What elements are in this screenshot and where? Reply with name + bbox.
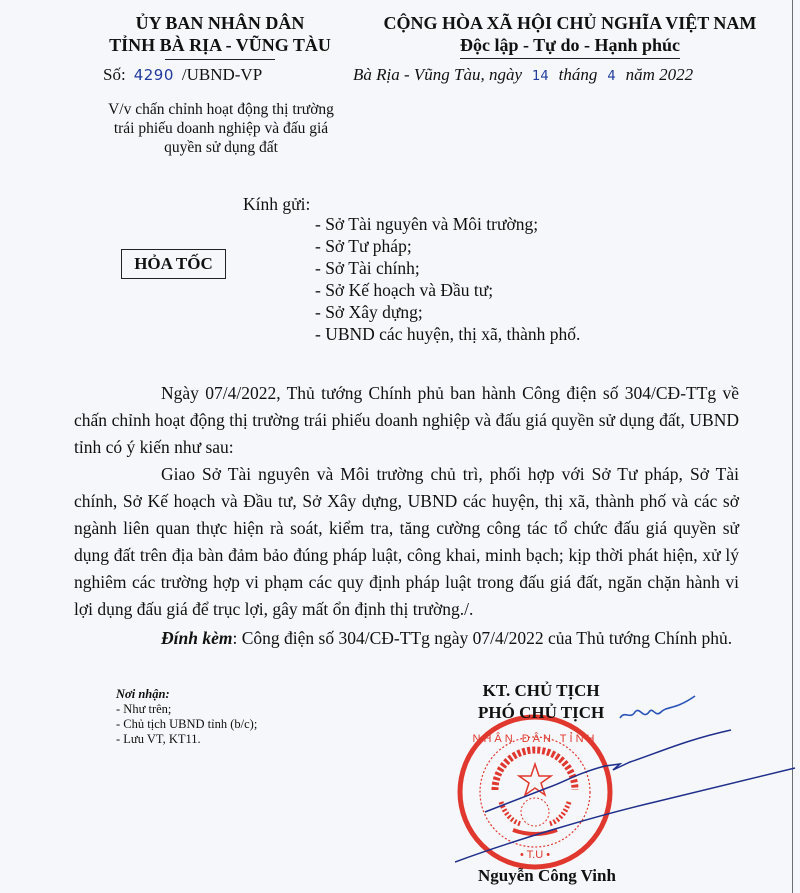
urgency-badge: HỎA TỐC	[121, 249, 226, 279]
recipient-item: - UBND các huyện, thị xã, thành phố.	[315, 323, 580, 345]
recipient-item: - Sở Tài nguyên và Môi trường;	[315, 213, 580, 235]
recipient-item: - Sở Tài chính;	[315, 257, 580, 279]
subject-line: quyền sử dụng đất	[96, 138, 346, 157]
national-motto: Độc lập - Tự do - Hạnh phúc	[460, 34, 680, 59]
date-month-label: tháng	[559, 65, 598, 84]
recipient-item: - Sở Tư pháp;	[315, 235, 580, 257]
doc-number-suffix: /UBND-VP	[182, 65, 262, 84]
date-year: năm 2022	[626, 65, 694, 84]
date-month-handwritten: 4	[607, 69, 615, 84]
distribution-item: - Lưu VT, KT11.	[116, 732, 257, 747]
distribution-item: - Chủ tịch UBND tỉnh (b/c);	[116, 717, 257, 732]
agency-underline	[165, 59, 275, 60]
subject: V/v chấn chỉnh hoạt động thị trường trái…	[96, 100, 346, 157]
attachment-note: Đính kèm: Công điện số 304/CĐ-TTg ngày 0…	[74, 625, 739, 652]
agency-line-1: ỦY BAN NHÂN DÂN	[100, 12, 340, 34]
nation-title: CỘNG HÒA XÃ HỘI CHỦ NGHĨA VIỆT NAM	[350, 12, 790, 34]
subject-line: V/v chấn chỉnh hoạt động thị trường	[96, 100, 346, 119]
attachment-text: : Công điện số 304/CĐ-TTg ngày 07/4/2022…	[232, 628, 732, 648]
agency-line-2: TỈNH BÀ RỊA - VŨNG TÀU	[100, 34, 340, 56]
attachment-label: Đính kèm	[161, 628, 232, 648]
distribution-title: Nơi nhận:	[116, 687, 257, 702]
issuing-agency: ỦY BAN NHÂN DÂN TỈNH BÀ RỊA - VŨNG TÀU	[100, 12, 340, 60]
recipients-title: Kính gửi:	[243, 194, 310, 215]
subject-line: trái phiếu doanh nghiệp và đấu giá	[96, 119, 346, 138]
body-paragraph-2: Giao Sở Tài nguyên và Môi trường chủ trì…	[74, 461, 739, 623]
paragraph-text: Giao Sở Tài nguyên và Môi trường chủ trì…	[74, 464, 739, 619]
recipient-item: - Sở Kế hoạch và Đầu tư;	[315, 279, 580, 301]
doc-number-label: Số:	[103, 65, 126, 84]
paragraph-text: Ngày 07/4/2022, Thủ tướng Chính phủ ban …	[74, 383, 739, 457]
issue-date: Bà Rịa - Vũng Tàu, ngày14tháng4năm 2022	[353, 65, 693, 85]
doc-number-handwritten: 4290	[134, 66, 174, 84]
recipient-item: - Sở Xây dựng;	[315, 301, 580, 323]
handwritten-signature-icon	[455, 690, 800, 880]
distribution-item: - Như trên;	[116, 702, 257, 717]
date-day-handwritten: 14	[532, 69, 549, 84]
national-heading: CỘNG HÒA XÃ HỘI CHỦ NGHĨA VIỆT NAM Độc l…	[350, 12, 790, 59]
distribution-list: Nơi nhận: - Như trên; - Chủ tịch UBND tỉ…	[116, 687, 257, 747]
document-number: Số:4290/UBND-VP	[103, 65, 262, 85]
body-paragraph-1: Ngày 07/4/2022, Thủ tướng Chính phủ ban …	[74, 380, 739, 461]
recipients-list: - Sở Tài nguyên và Môi trường; - Sở Tư p…	[315, 213, 580, 345]
date-place: Bà Rịa - Vũng Tàu, ngày	[353, 65, 522, 84]
